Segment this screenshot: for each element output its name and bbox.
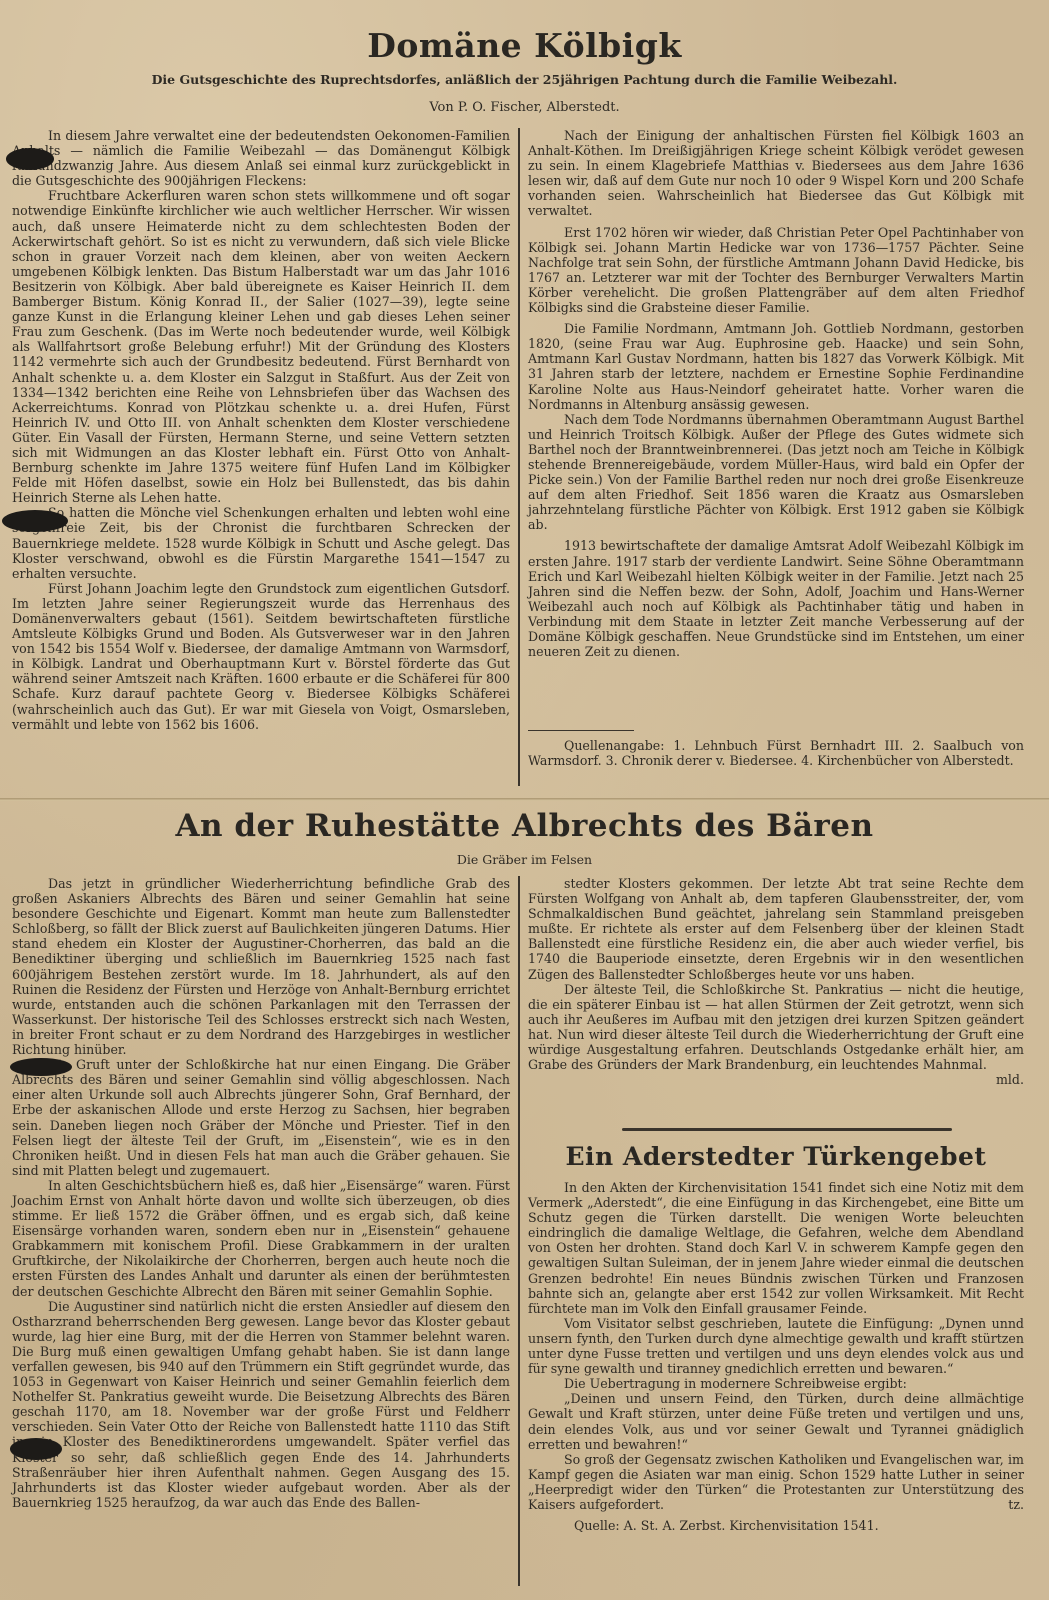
sources-text: Quellenangabe: 1. Lehnbuch Fürst Bernhad…	[528, 738, 1024, 768]
article1-right-column: Nach der Einigung der anhaltischen Fürst…	[528, 128, 1024, 659]
article1-subtitle: Die Gutsgeschichte des Ruprechtsdorfes, …	[0, 72, 1049, 87]
column-divider	[518, 876, 520, 1586]
article2-paragraph: Die Augustiner sind natürlich nicht die …	[12, 1299, 510, 1510]
article2-subtitle: Die Gräber im Felsen	[0, 852, 1049, 867]
article1-paragraph: Die Familie Nordmann, Amtmann Joh. Gottl…	[528, 321, 1024, 412]
ink-stain	[2, 510, 68, 532]
ink-stain	[10, 1058, 72, 1076]
article2-paragraph: Die Gruft unter der Schloßkirche hat nur…	[12, 1057, 510, 1178]
article1-paragraph: Fürst Johann Joachim legte den Grundstoc…	[12, 581, 510, 732]
article1-paragraph: So hatten die Mönche viel Schenkungen er…	[12, 505, 510, 580]
article2-paragraph: Das jetzt in gründlicher Wiederherrichtu…	[12, 876, 510, 1057]
article3-paragraph: So groß der Gegensatz zwischen Katholike…	[528, 1452, 1024, 1512]
article1-paragraph: In diesem Jahre verwaltet eine der bedeu…	[12, 128, 510, 188]
article2-left-column: Das jetzt in gründlicher Wiederherrichtu…	[12, 876, 510, 1510]
article3-paragraph-text: So groß der Gegensatz zwischen Katholike…	[528, 1452, 1024, 1512]
column-divider	[518, 128, 520, 786]
ink-stain	[6, 148, 54, 170]
article1-left-column: In diesem Jahre verwaltet eine der bedeu…	[12, 128, 510, 732]
article1-byline: Von P. O. Fischer, Alberstedt.	[0, 100, 1049, 115]
newspaper-page: Domäne Kölbigk Die Gutsgeschichte des Ru…	[0, 0, 1049, 1600]
article1-sources: Quellenangabe: 1. Lehnbuch Fürst Bernhad…	[528, 738, 1024, 768]
article3-paragraph: Vom Visitator selbst geschrieben, lautet…	[528, 1316, 1024, 1376]
article-divider	[622, 1128, 952, 1131]
article1-paragraph: 1913 bewirtschaftete der damalige Amtsra…	[528, 538, 1024, 659]
article1-paragraph: Fruchtbare Ackerfluren waren schon stets…	[12, 188, 510, 505]
article2-title: An der Ruhestätte Albrechts des Bären	[0, 808, 1049, 844]
article1-paragraph: Erst 1702 hören wir wieder, daß Christia…	[528, 225, 1024, 316]
article1-paragraph: Nach der Einigung der anhaltischen Fürst…	[528, 128, 1024, 219]
article2-paragraph-text: Der älteste Teil, die Schloßkirche St. P…	[528, 982, 1024, 1072]
article2-right-column: stedter Klosters gekommen. Der letzte Ab…	[528, 876, 1024, 1087]
article3-paragraph: Die Uebertragung in modernere Schreibwei…	[528, 1376, 1024, 1391]
page-fold	[0, 798, 1049, 801]
article3-title: Ein Aderstedter Türkengebet	[528, 1142, 1024, 1171]
article2-paragraph: stedter Klosters gekommen. Der letzte Ab…	[528, 876, 1024, 982]
sources-divider	[528, 730, 634, 731]
article2-paragraph: In alten Geschichtsbüchern hieß es, daß …	[12, 1178, 510, 1299]
article3-column: In den Akten der Kirchenvisitation 1541 …	[528, 1180, 1024, 1533]
article1-paragraph: Nach dem Tode Nordmanns übernahmen Obera…	[528, 412, 1024, 533]
article2-signature: mld.	[960, 1072, 1024, 1087]
article3-source: Quelle: A. St. A. Zerbst. Kirchenvisitat…	[528, 1518, 1024, 1533]
article1-title: Domäne Kölbigk	[0, 26, 1049, 65]
article3-paragraph: In den Akten der Kirchenvisitation 1541 …	[528, 1180, 1024, 1316]
article2-paragraph: Der älteste Teil, die Schloßkirche St. P…	[528, 982, 1024, 1073]
ink-stain	[10, 1438, 62, 1460]
article3-signature: tz.	[972, 1497, 1024, 1512]
article3-paragraph: „Deinen und unsern Feind, den Türken, du…	[528, 1391, 1024, 1451]
